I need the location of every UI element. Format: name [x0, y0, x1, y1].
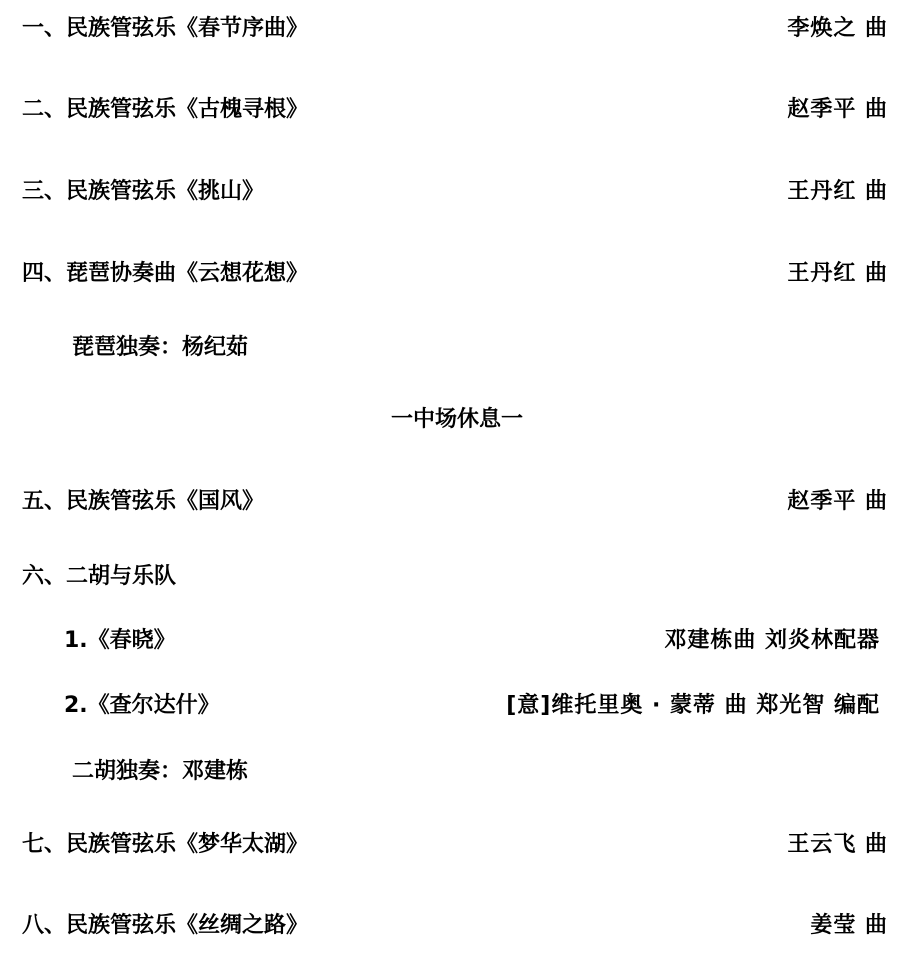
soloist-line-pipa: 琵琶独奏：杨纪茹	[0, 333, 914, 363]
program-item-7: 七、民族管弦乐《梦华太湖》 王云飞 曲	[0, 830, 914, 860]
program-item-6: 六、二胡与乐队	[0, 562, 914, 592]
program-item-8: 八、民族管弦乐《丝绸之路》 姜莹 曲	[0, 911, 914, 941]
program-item-2: 二、民族管弦乐《古槐寻根》 赵季平 曲	[0, 95, 914, 125]
program-subitem-6-2: 2.《查尔达什》 [意]维托里奥 · 蒙蒂 曲 郑光智 编配	[0, 691, 914, 721]
piece-title: 七、民族管弦乐《梦华太湖》	[22, 830, 308, 860]
program-item-4: 四、琵琶协奏曲《云想花想》 王丹红 曲	[0, 259, 914, 289]
composer-credit: 王云飞 曲	[787, 830, 888, 860]
piece-title: 八、民族管弦乐《丝绸之路》	[22, 911, 308, 941]
composer-credit: 姜莹 曲	[810, 911, 888, 941]
composer-credit: 王丹红 曲	[787, 177, 888, 207]
intermission-line: 一中场休息一	[0, 405, 914, 435]
soloist-credit: 二胡独奏：邓建栋	[72, 757, 248, 787]
program-item-5: 五、民族管弦乐《国风》 赵季平 曲	[0, 487, 914, 517]
piece-title: 一、民族管弦乐《春节序曲》	[22, 14, 308, 44]
composer-credit: 王丹红 曲	[787, 259, 888, 289]
piece-title: 二、民族管弦乐《古槐寻根》	[22, 95, 308, 125]
sub-piece-title: 2.《查尔达什》	[64, 691, 220, 721]
soloist-credit: 琵琶独奏：杨纪茹	[72, 333, 248, 363]
piece-title: 四、琵琶协奏曲《云想花想》	[22, 259, 308, 289]
program-item-3: 三、民族管弦乐《挑山》 王丹红 曲	[0, 177, 914, 207]
composer-credit: 赵季平 曲	[787, 487, 888, 517]
composer-credit: 赵季平 曲	[787, 95, 888, 125]
piece-title: 六、二胡与乐队	[22, 562, 176, 592]
sub-piece-title: 1.《春晓》	[64, 626, 176, 656]
program-subitem-6-1: 1.《春晓》 邓建栋曲 刘炎林配器	[0, 626, 914, 656]
soloist-line-erhu: 二胡独奏：邓建栋	[0, 757, 914, 787]
composer-credit: [意]维托里奥 · 蒙蒂 曲 郑光智 编配	[506, 691, 880, 721]
piece-title: 三、民族管弦乐《挑山》	[22, 177, 264, 207]
intermission-label: 一中场休息一	[0, 405, 914, 435]
piece-title: 五、民族管弦乐《国风》	[22, 487, 264, 517]
composer-credit: 邓建栋曲 刘炎林配器	[664, 626, 880, 656]
program-item-1: 一、民族管弦乐《春节序曲》 李焕之 曲	[0, 14, 914, 44]
composer-credit: 李焕之 曲	[787, 14, 888, 44]
